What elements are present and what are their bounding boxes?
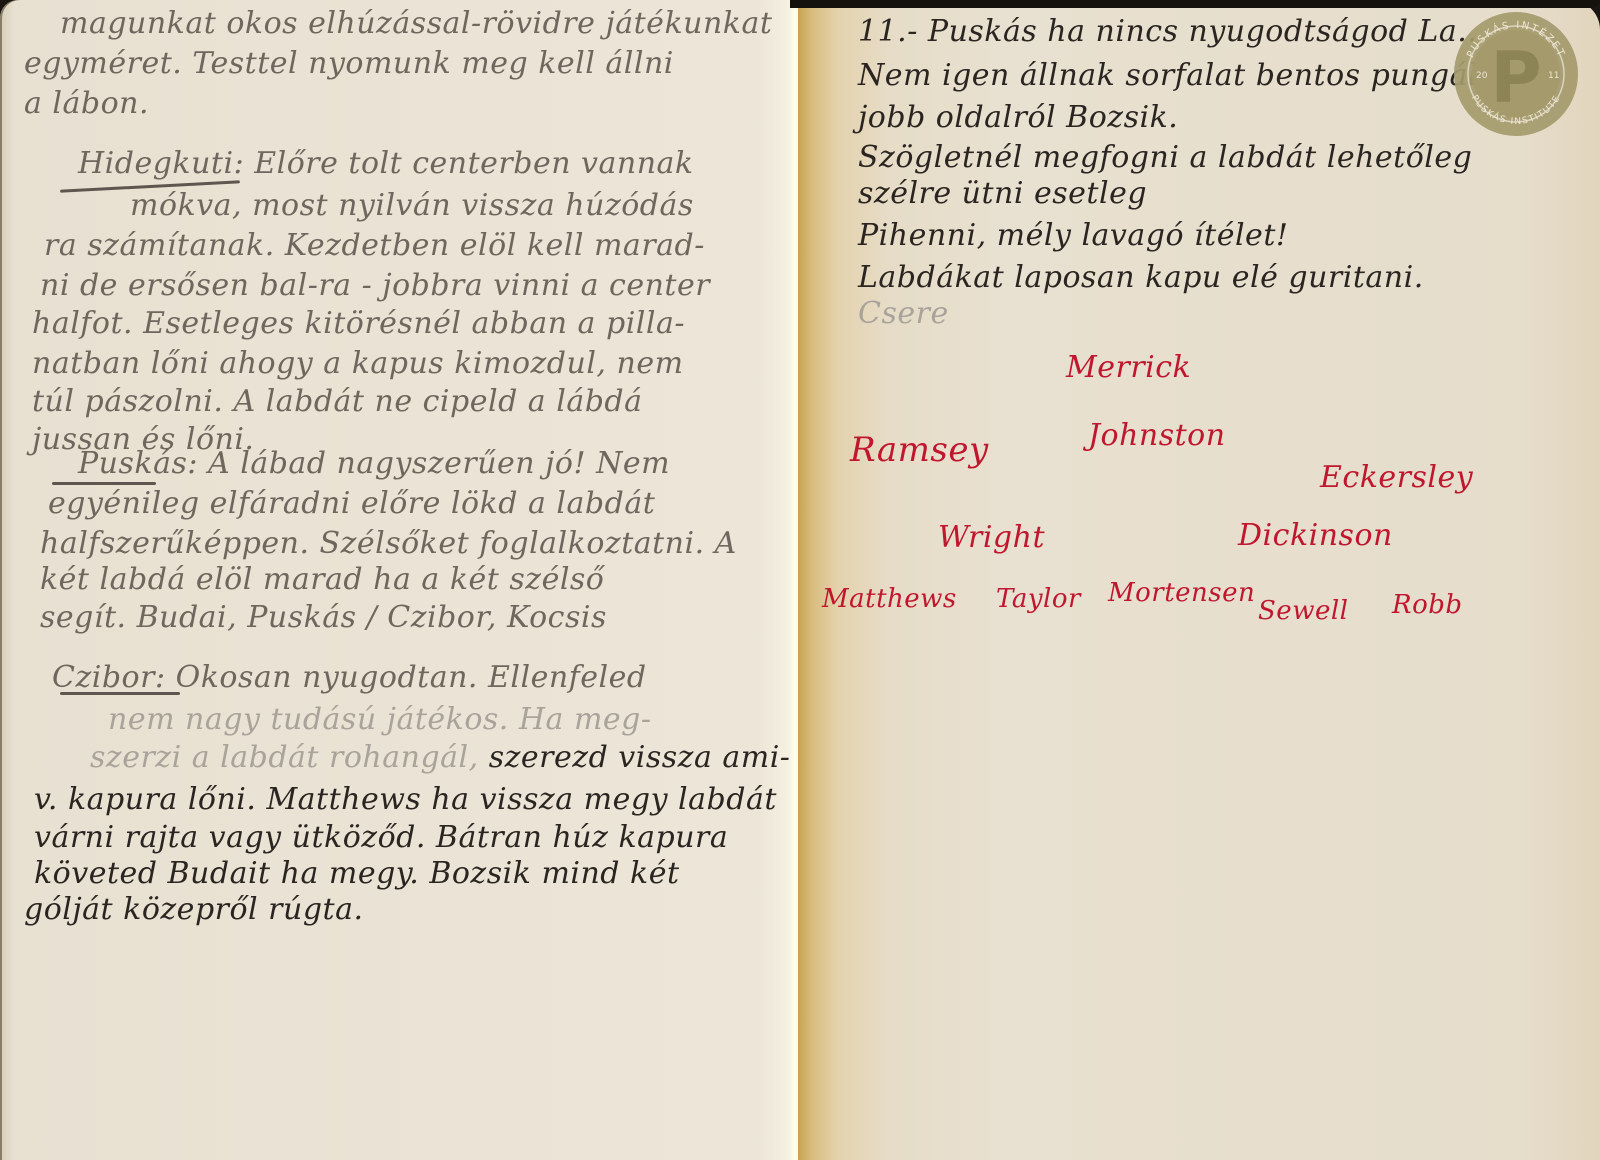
note-line: magunkat okos elhúzással-rövidre játékun… (60, 6, 772, 41)
note-line: Labdákat laposan kapu elé guritani. (858, 260, 1424, 295)
svg-text:20: 20 (1476, 71, 1488, 81)
note-line: Nem igen állnak sorfalat bentos pungál (858, 58, 1478, 93)
svg-text:P: P (1490, 37, 1541, 119)
note-line: egyméret. Testtel nyomunk meg kell állni (24, 46, 674, 81)
note-line: ni de ersősen bal-ra - jobbra vinni a ce… (40, 268, 710, 303)
note-line: követed Budait ha megy. Bozsik mind két (34, 856, 680, 891)
note-line: szerzi a labdát rohangál, szerezd vissza… (90, 740, 790, 775)
note-line: két labdá elöl marad ha a két szélső (40, 562, 604, 597)
note-line: szélre ütni esetleg (858, 176, 1147, 211)
note-line: várni rajta vagy ütköződ. Bátran húz kap… (34, 820, 728, 855)
note-line-struck: Csere (858, 296, 949, 331)
note-line: egyénileg elfáradni előre lökd a labdát (48, 486, 655, 521)
note-line: v. kapura lőni. Matthews ha vissza megy … (34, 782, 777, 817)
player-heading: Czibor: (52, 660, 166, 695)
note-line: nem nagy tudású játékos. Ha meg- (108, 702, 652, 737)
note-line: halfot. Esetleges kitörésnél abban a pil… (32, 306, 685, 341)
lineup-halfback: Dickinson (1238, 518, 1393, 553)
svg-text:11: 11 (1548, 71, 1559, 81)
lineup-defender: Johnston (1088, 418, 1226, 453)
lineup-forward: Sewell (1258, 596, 1348, 626)
player-heading: Hidegkuti: (78, 146, 244, 181)
left-page: magunkat okos elhúzással-rövidre játékun… (0, 0, 798, 1160)
section-heading-hidegkuti: Hidegkuti: Előre tolt centerben vannak (78, 146, 694, 181)
notebook-top-edge (790, 0, 1600, 8)
note-line: Szögletnél megfogni a labdát lehetőleg (858, 140, 1472, 175)
heading-underline (52, 482, 156, 485)
note-line: mókva, most nyilván vissza húzódás (130, 188, 694, 223)
section-heading-czibor: Czibor: Okosan nyugodtan. Ellenfeled (52, 660, 647, 695)
lineup-goalkeeper: Merrick (1066, 350, 1191, 385)
note-line: jobb oldalról Bozsik. (858, 100, 1178, 135)
note-line: natban lőni ahogy a kapus kimozdul, nem (32, 346, 684, 381)
lineup-forward: Mortensen (1108, 578, 1255, 608)
lineup-forward: Taylor (996, 584, 1081, 614)
lineup-forward: Robb (1392, 590, 1463, 620)
puskas-institute-stamp-icon: PUSKÁS INTÉZET PUSKÁS INSTITUTE P 20 11 (1452, 10, 1580, 138)
note-line: gólját közepről rúgta. (24, 892, 364, 927)
lineup-forward: Matthews (822, 584, 957, 614)
note-line: Pihenni, mély lavagó ítélet! (858, 218, 1288, 253)
section-heading-puskas: Puskás: A lábad nagyszerűen jó! Nem (78, 446, 670, 481)
note-line: a lábon. (24, 86, 149, 121)
right-page: 11.- Puskás ha nincs nyugodtságod La... … (798, 0, 1600, 1160)
player-heading: Puskás: (78, 446, 198, 481)
lineup-defender: Eckersley (1320, 460, 1473, 495)
note-line: ra számítanak. Kezdetben elöl kell marad… (44, 228, 705, 263)
note-line: túl pászolni. A labdát ne cipeld a lábdá (32, 384, 643, 419)
lineup-halfback: Wright (938, 520, 1045, 555)
note-line: halfszerűképpen. Szélsőket foglalkoztatn… (40, 526, 737, 561)
notebook-spread: magunkat okos elhúzással-rövidre játékun… (0, 0, 1600, 1160)
note-line: 11.- Puskás ha nincs nyugodtságod La... (858, 14, 1487, 49)
lineup-defender: Ramsey (850, 430, 989, 470)
heading-underline (60, 692, 180, 695)
note-line: segít. Budai, Puskás / Czibor, Kocsis (40, 600, 607, 635)
